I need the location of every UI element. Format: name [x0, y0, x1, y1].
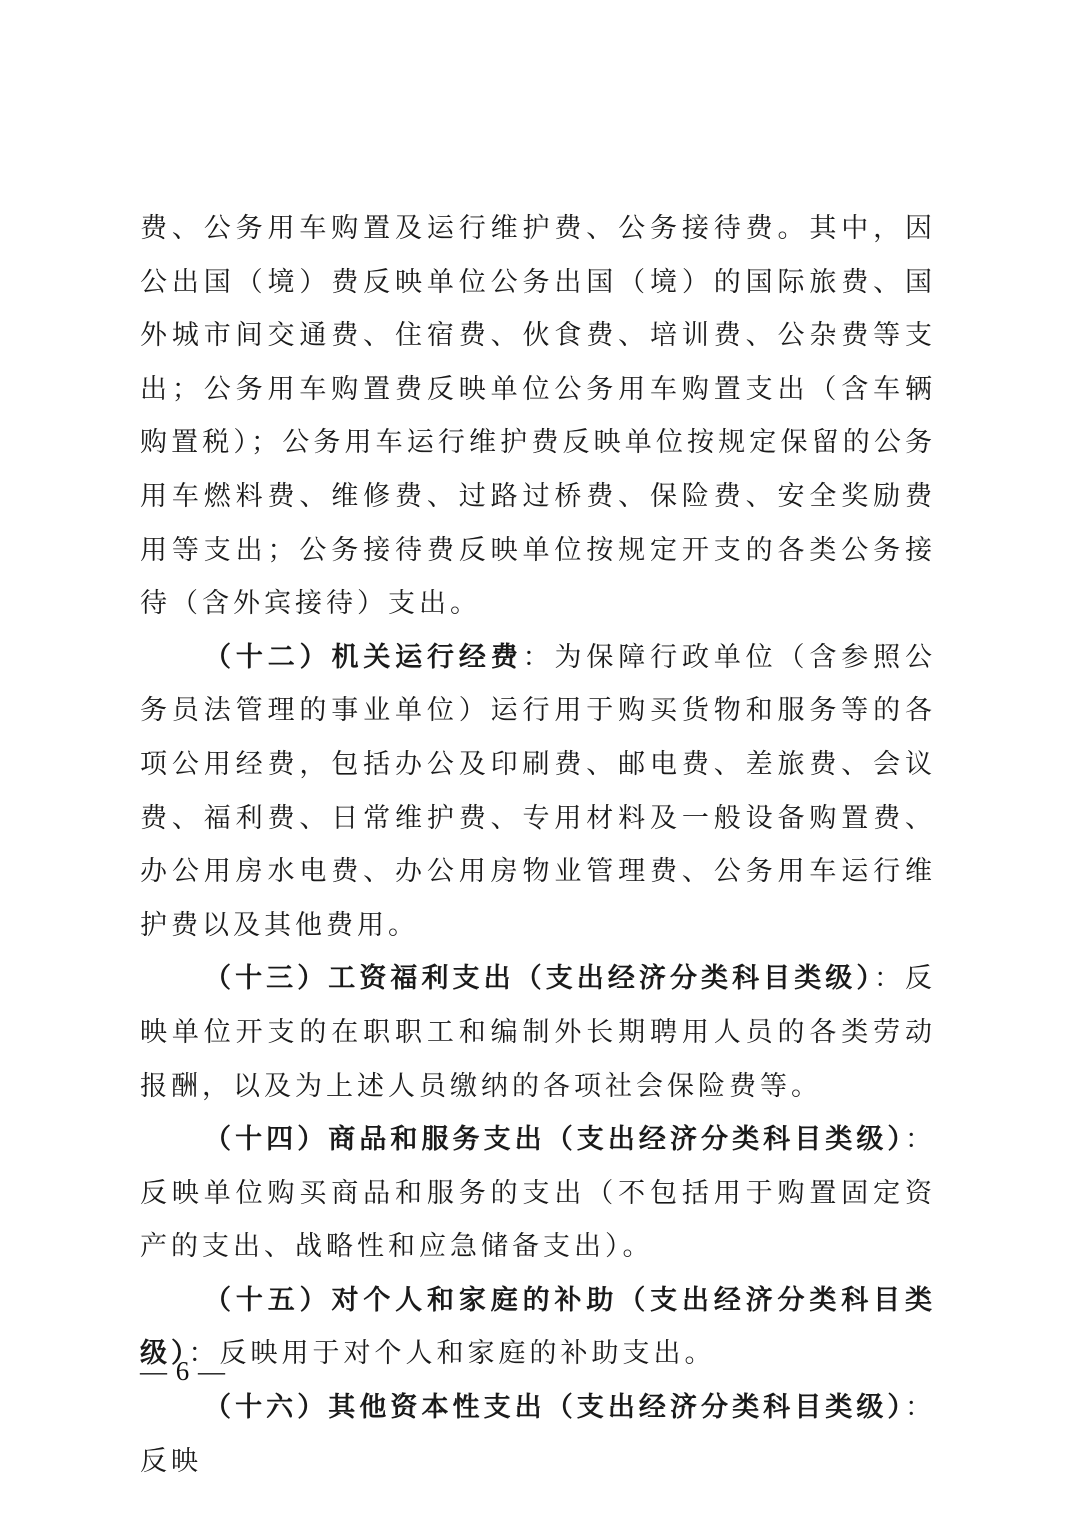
paragraph-item-12: （十二）机关运行经费：为保障行政单位（含参照公务员法管理的事业单位）运行用于购买…	[140, 631, 936, 953]
paragraph-item-15: （十五）对个人和家庭的补助（支出经济分类科目类级）：反映用于对个人和家庭的补助支…	[140, 1274, 936, 1381]
paragraph-text: ：为保障行政单位（含参照公务员法管理的事业单位）运行用于购买货物和服务等的各项公…	[140, 642, 936, 941]
paragraph-text: 费、公务用车购置及运行维护费、公务接待费。其中，因公出国（境）费反映单位公务出国…	[140, 213, 936, 619]
paragraph-lead: （十四）商品和服务支出（支出经济分类科目类级）	[204, 1124, 905, 1155]
paragraph-item-13: （十三）工资福利支出（支出经济分类科目类级）：反映单位开支的在职职工和编制外长期…	[140, 952, 936, 1113]
paragraph-lead: （十六）其他资本性支出（支出经济分类科目类级）	[204, 1392, 905, 1423]
paragraph-item-14: （十四）商品和服务支出（支出经济分类科目类级）：反映单位购买商品和服务的支出（不…	[140, 1113, 936, 1274]
paragraph-text: ：反映用于对个人和家庭的补助支出。	[189, 1338, 716, 1369]
paragraph-item-16: （十六）其他资本性支出（支出经济分类科目类级）：反映	[140, 1381, 936, 1488]
paragraph-lead: （十二）机关运行经费	[204, 642, 523, 673]
paragraph-lead: （十三）工资福利支出（支出经济分类科目类级）	[204, 963, 874, 994]
paragraph-continuation: 费、公务用车购置及运行维护费、公务接待费。其中，因公出国（境）费反映单位公务出国…	[140, 202, 936, 631]
document-page: 费、公务用车购置及运行维护费、公务接待费。其中，因公出国（境）费反映单位公务出国…	[140, 202, 936, 1488]
page-number: — 6 —	[140, 1356, 226, 1387]
